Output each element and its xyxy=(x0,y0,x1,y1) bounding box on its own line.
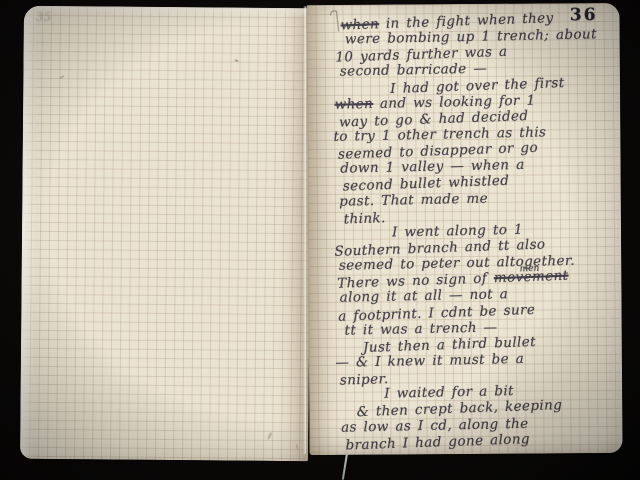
ink-speck xyxy=(234,59,238,62)
gutter-page-edge xyxy=(303,6,306,454)
hanging-thread xyxy=(342,452,348,480)
struck-word: when xyxy=(334,96,373,113)
diary-photograph: 35 36 when in the fight when theywere bo… xyxy=(0,0,640,480)
right-page: 36 when in the fight when theywere bombi… xyxy=(306,3,622,455)
faint-page-number: 35 xyxy=(36,10,51,24)
page-edge-marker xyxy=(607,315,611,324)
pencil-smudge xyxy=(267,432,273,441)
pencil-smudge xyxy=(295,444,298,450)
struck-word: movementmen xyxy=(494,268,569,287)
handwriting-block: when in the fight when theywere bombing … xyxy=(326,9,619,452)
ink-speck xyxy=(59,75,64,79)
left-page: 35 xyxy=(20,6,312,461)
